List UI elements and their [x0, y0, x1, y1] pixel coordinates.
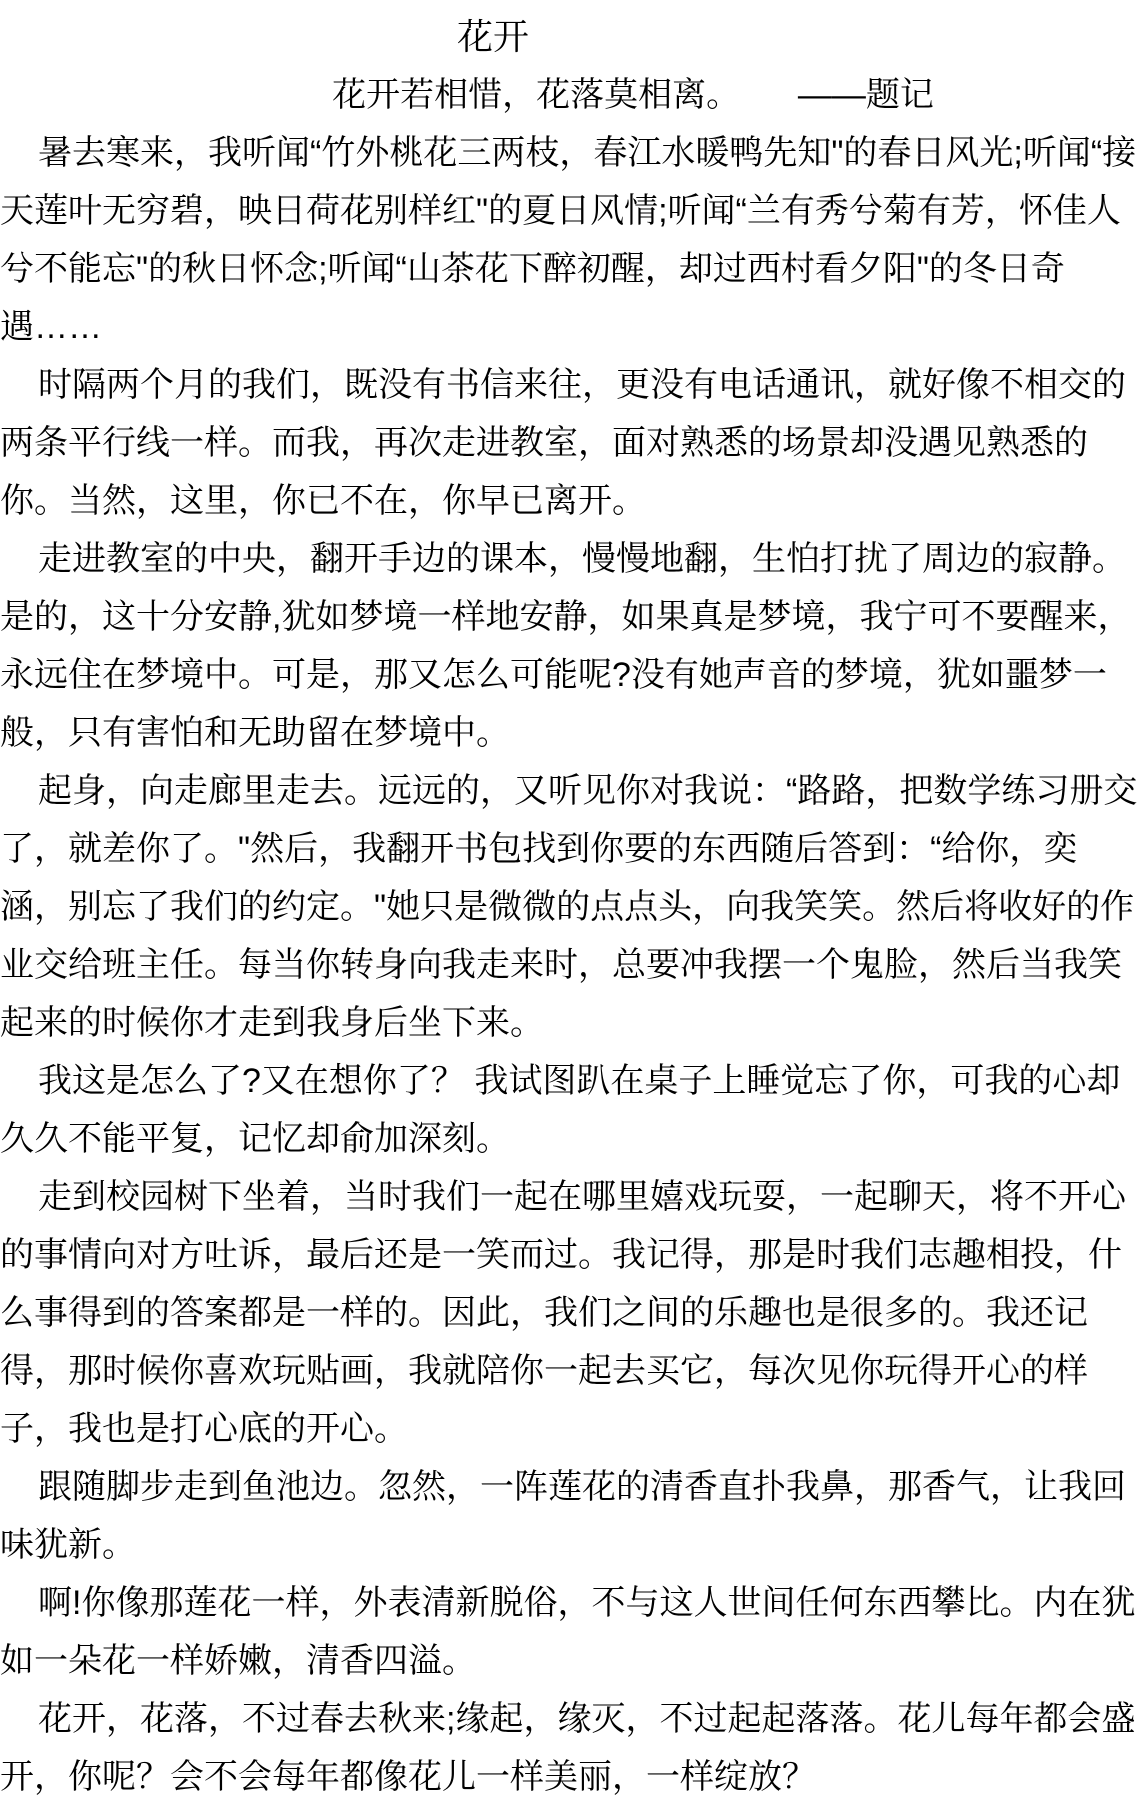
essay-paragraph: 起身，向走廊里走去。远远的，又听见你对我说：“路路，把数学练习册交了，就差你了。… [0, 762, 1142, 1052]
essay-document: 花开 花开若相惜，花落莫相离。——题记 暑去寒来，我听闻“竹外桃花三两枝，春江水… [0, 0, 1142, 1818]
essay-paragraph: 走到校园树下坐着，当时我们一起在哪里嬉戏玩耍，一起聊天，将不开心的事情向对方吐诉… [0, 1168, 1142, 1458]
essay-paragraph: 我这是怎么了?又在想你了？ 我试图趴在桌子上睡觉忘了你，可我的心却久久不能平复，… [0, 1052, 1142, 1168]
essay-paragraph: 暑去寒来，我听闻“竹外桃花三两枝，春江水暖鸭先知"的春日风光;听闻“接天莲叶无穷… [0, 124, 1142, 356]
essay-paragraph: 走进教室的中央，翻开手边的课本，慢慢地翻，生怕打扰了周边的寂静。是的，这十分安静… [0, 530, 1142, 762]
essay-title: 花开 [0, 8, 1064, 66]
page: { "page": { "background_color": "#ffffff… [0, 0, 1142, 1818]
essay-paragraph: 跟随脚步走到鱼池边。忽然，一阵莲花的清香直扑我鼻，那香气，让我回味犹新。 [0, 1458, 1142, 1574]
epigraph-quote: 花开若相惜，花落莫相离。 [332, 76, 740, 114]
essay-paragraph: 时隔两个月的我们，既没有书信来往，更没有电话通讯，就好像不相交的两条平行线一样。… [0, 356, 1142, 530]
essay-paragraph: 花开，花落，不过春去秋来;缘起，缘灭，不过起起落落。花儿每年都会盛开，你呢？会不… [0, 1690, 1142, 1806]
epigraph-line: 花开若相惜，花落莫相离。——题记 [62, 66, 1142, 124]
epigraph-attribution: ——题记 [798, 76, 934, 114]
essay-paragraph: 啊!你像那莲花一样，外表清新脱俗，不与这人世间任何东西攀比。内在犹如一朵花一样娇… [0, 1574, 1142, 1690]
